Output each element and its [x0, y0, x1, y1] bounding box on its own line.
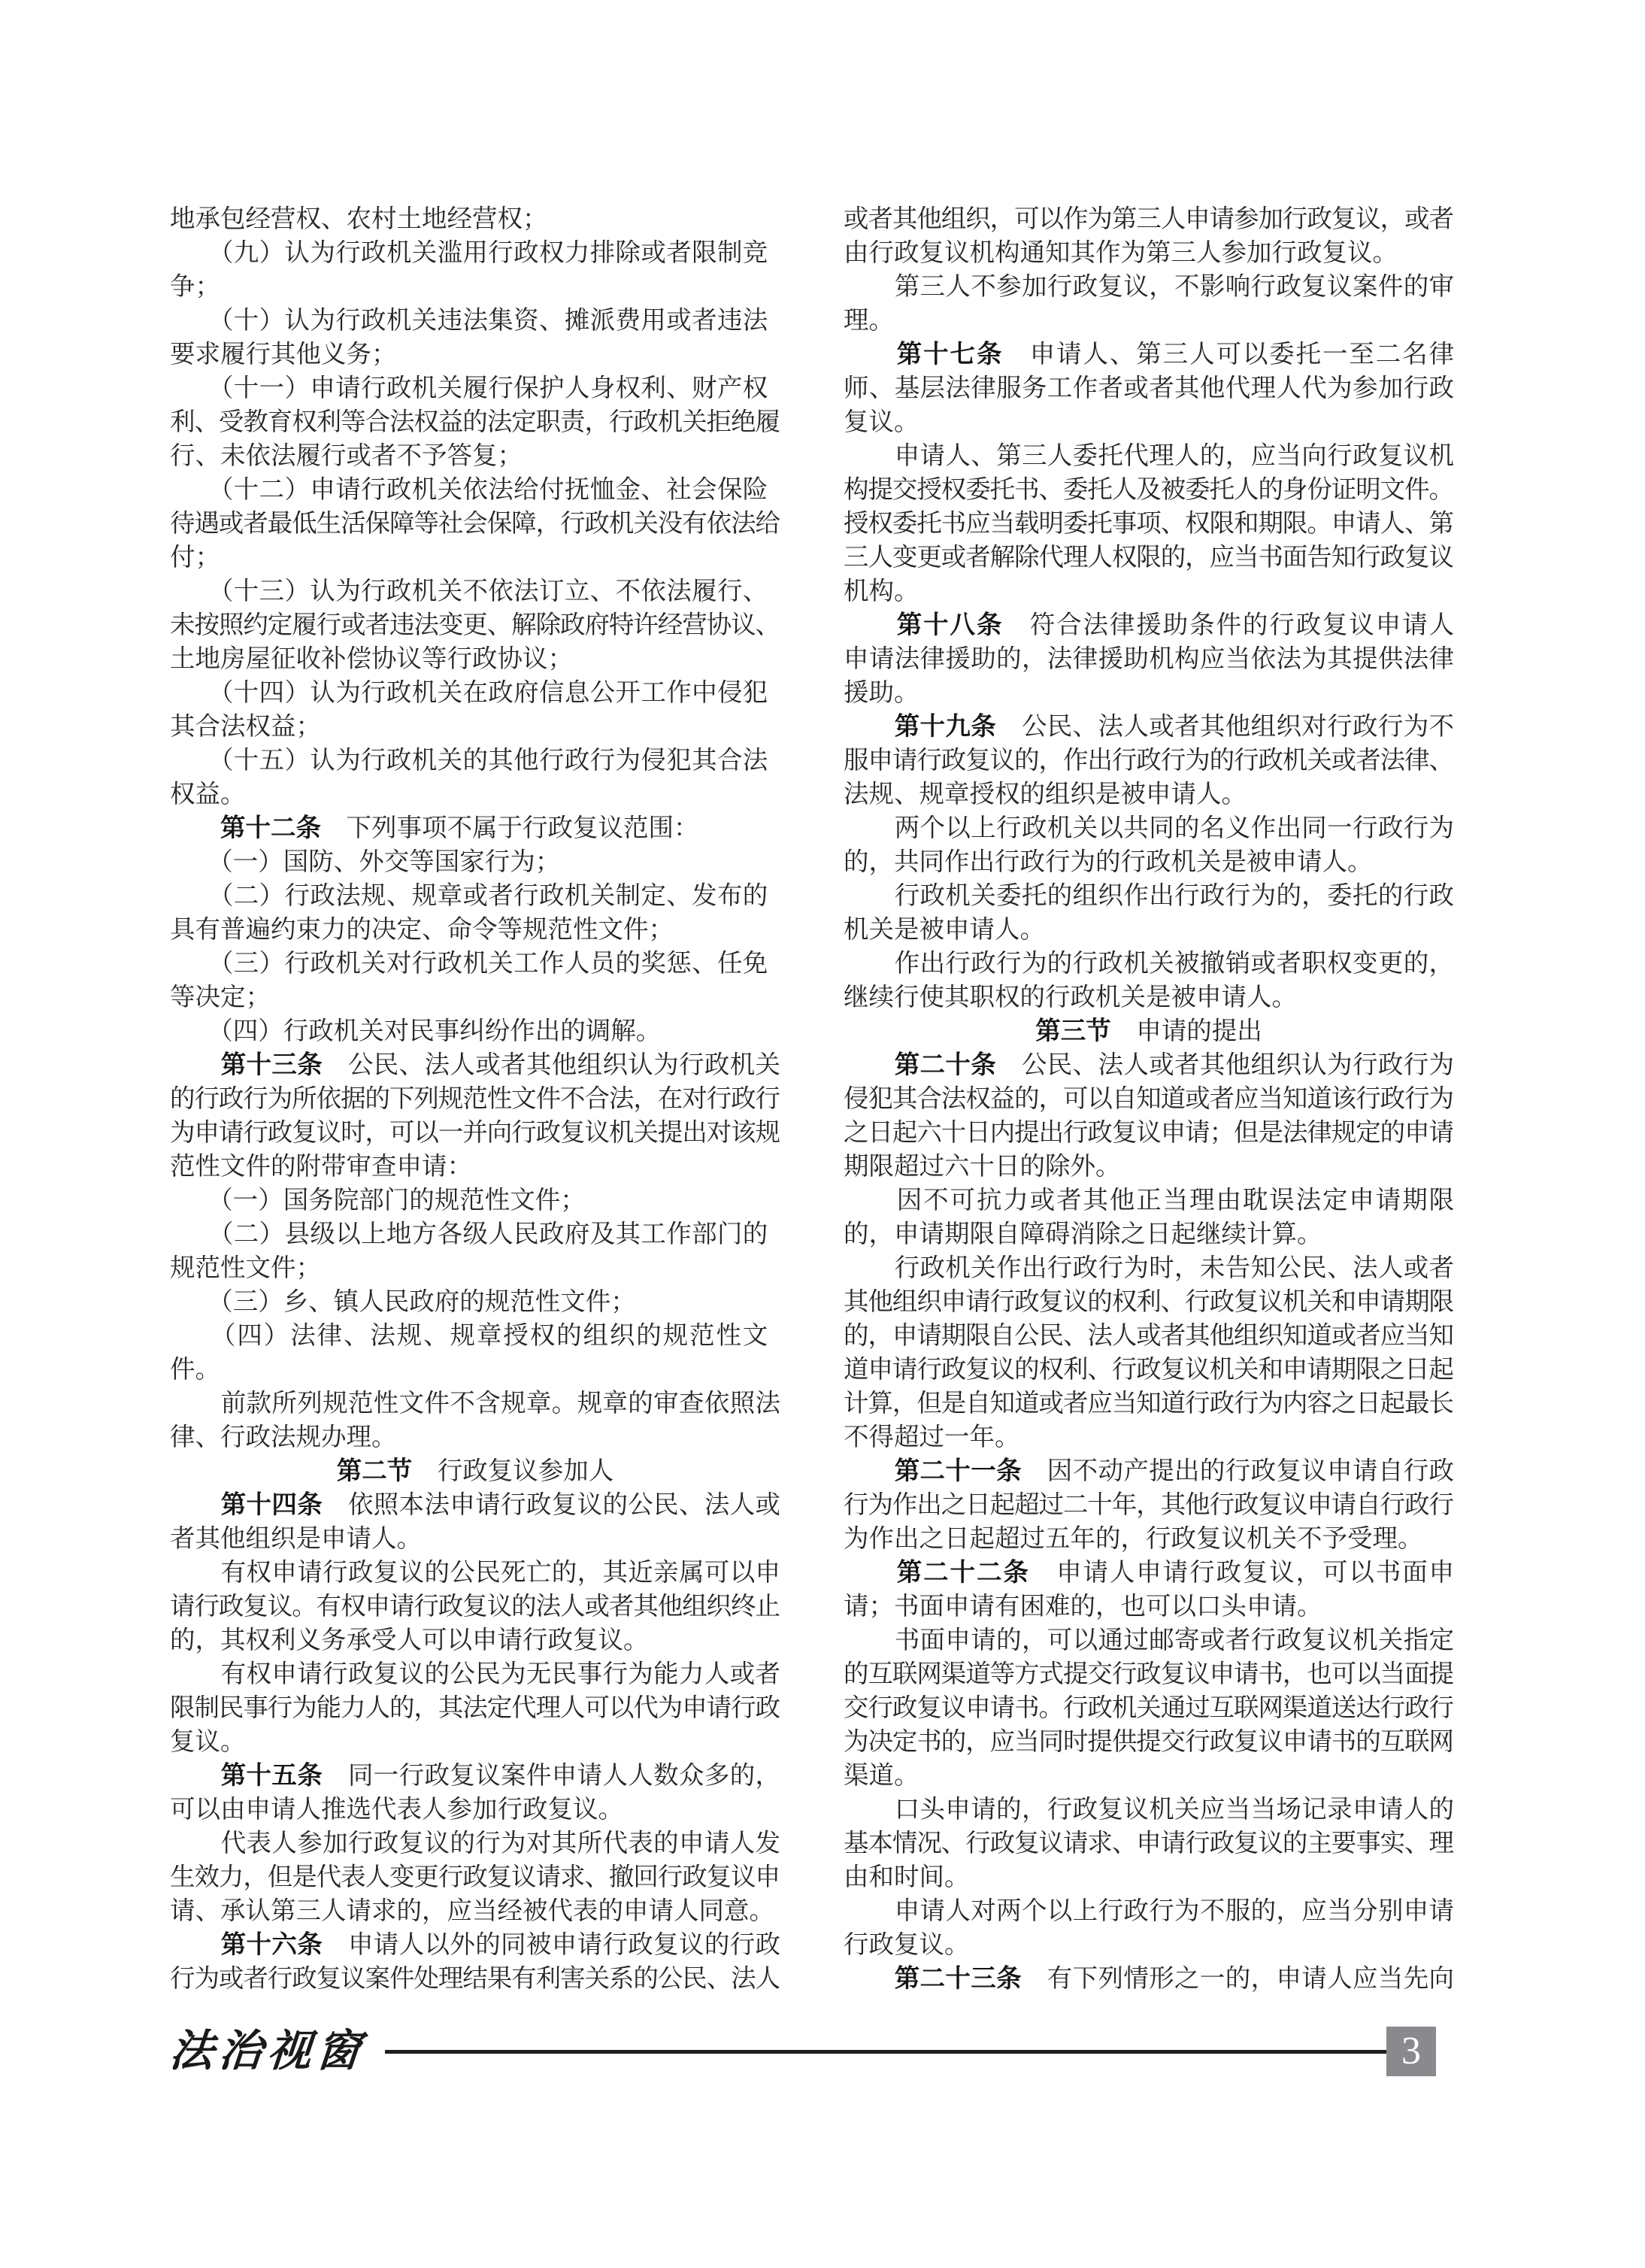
text-line: 基本情况、行政复议请求、申请行政复议的主要事实、理 — [844, 1827, 1454, 1860]
article-text-line: 第二十二条 申请人申请行政复议，可以书面申 — [844, 1556, 1454, 1590]
page-number-badge: 3 — [1386, 2027, 1436, 2076]
text-line: 援助。 — [844, 676, 1454, 710]
text-line: 因不可抗力或者其他正当理由耽误法定申请期限 — [844, 1184, 1454, 1217]
text-line: 规范性文件； — [170, 1251, 780, 1285]
text-line: （一）国务院部门的规范性文件； — [170, 1184, 780, 1217]
line-text: 的，共同作出行政行为的行政机关是被申请人。 — [844, 848, 1373, 876]
line-text: 由和时间。 — [844, 1863, 970, 1891]
line-text: 期限超过六十日的除外。 — [844, 1153, 1121, 1181]
line-text: （九）认为行政机关滥用行政权力排除或者限制竞 — [170, 239, 768, 267]
line-text: 同一行政复议案件申请人人数众多的， — [323, 1762, 780, 1790]
line-text: 公民、法人或者其他组织认为行政机关 — [323, 1051, 780, 1079]
line-text: （一）国务院部门的规范性文件； — [170, 1187, 586, 1214]
line-text: 书面申请的，可以通过邮寄或者行政复议机关指定 — [844, 1627, 1454, 1654]
line-text: 代表人参加行政复议的行为对其所代表的申请人发 — [170, 1830, 780, 1857]
text-line: （三）乡、镇人民政府的规范性文件； — [170, 1285, 780, 1319]
line-text: 继续行使其职权的行政机关是被申请人。 — [844, 984, 1297, 1011]
text-line: 请、承认第三人请求的，应当经被代表的申请人同意。 — [170, 1894, 780, 1928]
article-text-line: 第十六条 申请人以外的同被申请行政复议的行政 — [170, 1928, 780, 1962]
text-line: 机关是被申请人。 — [844, 913, 1454, 947]
line-text: 有权申请行政复议的公民为无民事行为能力人或者 — [170, 1660, 780, 1688]
text-line: 授权委托书应当载明委托事项、权限和期限。申请人、第 — [844, 507, 1454, 541]
page-number: 3 — [1401, 2032, 1421, 2071]
line-text: 件。 — [170, 1356, 220, 1384]
line-text: 的行政行为所依据的下列规范性文件不合法，在对行政行 — [170, 1085, 780, 1113]
line-text: 为决定书的，应当同时提供提交行政复议申请书的互联网 — [844, 1728, 1453, 1756]
text-line: 的互联网渠道等方式提交行政复议申请书，也可以当面提 — [844, 1657, 1454, 1691]
article-number-label: 第十三条 — [170, 1051, 323, 1079]
line-text: （一）国防、外交等国家行为； — [170, 848, 560, 876]
text-line: 复议。 — [844, 405, 1454, 439]
text-line: （四）行政机关对民事纠纷作出的调解。 — [170, 1014, 780, 1048]
line-text: （十一）申请行政机关履行保护人身权利、财产权 — [170, 374, 768, 402]
footer-rule — [385, 2050, 1386, 2054]
article-text-line: 第十七条 申请人、第三人可以委托一至二名律 — [844, 338, 1454, 371]
article-text-line: 第十三条 公民、法人或者其他组织认为行政机关 — [170, 1048, 780, 1082]
article-number-label: 第二十二条 — [844, 1559, 1030, 1587]
text-line: 的，申请期限自障碍消除之日起继续计算。 — [844, 1217, 1454, 1251]
line-text: 为申请行政复议时，可以一并向行政复议机关提出对该规 — [170, 1119, 780, 1147]
section-heading-line: 第三节 申请的提出 — [844, 1014, 1454, 1048]
section-number-label: 第三节 — [1035, 1017, 1111, 1045]
line-text: （十二）申请行政机关依法给付抚恤金、社会保险 — [170, 476, 768, 504]
article-number-label: 第十七条 — [844, 341, 1003, 368]
left-text-column: 地承包经营权、农村土地经营权； （九）认为行政机关滥用行政权力排除或者限制竞争；… — [170, 202, 780, 1996]
text-line: 未按照约定履行或者违法变更、解除政府特许经营协议、 — [170, 608, 780, 642]
line-text: 因不可抗力或者其他正当理由耽误法定申请期限 — [844, 1187, 1456, 1214]
text-line: 为申请行政复议时，可以一并向行政复议机关提出对该规 — [170, 1116, 780, 1150]
text-line: 可以由申请人推选代表人参加行政复议。 — [170, 1793, 780, 1827]
article-text-line: 第二十三条 有下列情形之一的，申请人应当先向 — [844, 1962, 1454, 1996]
line-text: 之日起六十日内提出行政复议申请；但是法律规定的申请 — [844, 1119, 1453, 1147]
line-text: （二）县级以上地方各级人民政府及其工作部门的 — [170, 1220, 768, 1248]
line-text: 或者其他组织，可以作为第三人申请参加行政复议，或者 — [844, 205, 1453, 233]
text-line: 前款所列规范性文件不含规章。规章的审查依照法 — [170, 1387, 780, 1421]
text-line: 由和时间。 — [844, 1860, 1454, 1894]
document-page: 地承包经营权、农村土地经营权； （九）认为行政机关滥用行政权力排除或者限制竞争；… — [0, 0, 1645, 2268]
text-line: （十四）认为行政机关在政府信息公开工作中侵犯 — [170, 676, 780, 710]
line-text: 理。 — [844, 307, 894, 335]
text-line: 法规、规章授权的组织是被申请人。 — [844, 778, 1454, 811]
article-number-label: 第十二条 — [170, 814, 321, 842]
text-line: 有权申请行政复议的公民为无民事行为能力人或者 — [170, 1657, 780, 1691]
line-text: 申请人申请行政复议，可以书面申 — [1030, 1559, 1456, 1587]
line-text: 的，申请期限自公民、法人或者其他组织知道或者应当知 — [844, 1322, 1453, 1350]
text-line: 利、受教育权利等合法权益的法定职责，行政机关拒绝履 — [170, 405, 780, 439]
text-line: 有权申请行政复议的公民死亡的，其近亲属可以申 — [170, 1556, 780, 1590]
line-text: （十三）认为行政机关不依法订立、不依法履行、 — [170, 578, 768, 605]
text-line: 作出行政行为的行政机关被撤销或者职权变更的， — [844, 947, 1454, 981]
line-text: 付； — [170, 544, 220, 572]
line-text: 援助。 — [844, 679, 919, 707]
line-text: 不得超过一年。 — [844, 1424, 1020, 1451]
text-line: 生效力，但是代表人变更行政复议请求、撤回行政复议申 — [170, 1860, 780, 1894]
line-text: 具有普遍约束力的决定、命令等规范性文件； — [170, 916, 674, 944]
line-text: 公民、法人或者其他组织认为行政行为 — [996, 1051, 1454, 1079]
text-line: 行政复议。 — [844, 1928, 1454, 1962]
text-line: 不得超过一年。 — [844, 1421, 1454, 1454]
line-text: 争； — [170, 273, 220, 301]
text-line: 期限超过六十日的除外。 — [844, 1150, 1454, 1184]
text-line: 待遇或者最低生活保障等社会保障，行政机关没有依法给 — [170, 507, 780, 541]
line-text: 申请人以外的同被申请行政复议的行政 — [323, 1931, 780, 1959]
line-text: 计算，但是自知道或者应当知道行政行为内容之日起最长 — [844, 1390, 1453, 1417]
text-line: 服申请行政复议的，作出行政行为的行政机关或者法律、 — [844, 744, 1454, 778]
line-text: 复议。 — [170, 1728, 246, 1756]
text-line: 的，共同作出行政行为的行政机关是被申请人。 — [844, 845, 1454, 879]
text-line: 件。 — [170, 1353, 780, 1387]
line-text: 其合法权益； — [170, 713, 321, 741]
text-line: （十二）申请行政机关依法给付抚恤金、社会保险 — [170, 473, 780, 507]
article-number-label: 第十六条 — [170, 1931, 323, 1959]
text-line: 复议。 — [170, 1725, 780, 1759]
line-text: （十）认为行政机关违法集资、摊派费用或者违法 — [170, 307, 768, 335]
line-text: 行政机关作出行政行为时，未告知公民、法人或者 — [844, 1254, 1454, 1282]
text-line: 行政机关作出行政行为时，未告知公民、法人或者 — [844, 1251, 1454, 1285]
article-number-label: 第十八条 — [844, 611, 1003, 639]
article-text-line: 第二十一条 因不动产提出的行政复议申请自行政 — [844, 1454, 1454, 1488]
text-line: 渠道。 — [844, 1759, 1454, 1793]
line-text: 要求履行其他义务； — [170, 341, 397, 368]
text-line: 之日起六十日内提出行政复议申请；但是法律规定的申请 — [844, 1116, 1454, 1150]
line-text: （二）行政法规、规章或者行政机关制定、发布的 — [170, 882, 768, 910]
text-line: 机构。 — [844, 575, 1454, 608]
text-line: 的，其权利义务承受人可以申请行政复议。 — [170, 1624, 780, 1657]
article-number-label: 第二十三条 — [844, 1965, 1022, 1993]
text-line: 申请人对两个以上行政行为不服的，应当分别申请 — [844, 1894, 1454, 1928]
text-line: 土地房屋征收补偿协议等行政协议； — [170, 642, 780, 676]
text-line: （十三）认为行政机关不依法订立、不依法履行、 — [170, 575, 780, 608]
text-line: 行为作出之日起超过二十年，其他行政复议申请自行政行 — [844, 1488, 1454, 1522]
text-line: 计算，但是自知道或者应当知道行政行为内容之日起最长 — [844, 1387, 1454, 1421]
line-text: 律、行政法规办理。 — [170, 1424, 397, 1451]
text-line: 构提交授权委托书、委托人及被委托人的身份证明文件。 — [844, 473, 1454, 507]
text-line: 要求履行其他义务； — [170, 338, 780, 371]
article-text-line: 第十八条 符合法律援助条件的行政复议申请人 — [844, 608, 1454, 642]
line-text: 服申请行政复议的，作出行政行为的行政机关或者法律、 — [844, 747, 1453, 775]
text-line: 其他组织申请行政复议的权利、行政复议机关和申请期限 — [844, 1285, 1454, 1319]
text-line: 争； — [170, 270, 780, 304]
line-text: 申请的提出 — [1111, 1017, 1262, 1045]
line-text: 行政机关委托的组织作出行政行为的，委托的行政 — [844, 882, 1454, 910]
line-text: 待遇或者最低生活保障等社会保障，行政机关没有依法给 — [170, 510, 780, 538]
line-text: （十五）认为行政机关的其他行政行为侵犯其合法 — [170, 747, 768, 775]
text-line: （四）法律、法规、规章授权的组织的规范性文 — [170, 1319, 780, 1353]
line-text: （三）行政机关对行政机关工作人员的奖惩、任免 — [170, 950, 768, 978]
line-text: 的互联网渠道等方式提交行政复议申请书，也可以当面提 — [844, 1660, 1453, 1688]
line-text: 行政复议。 — [844, 1931, 970, 1959]
line-text: （四）行政机关对民事纠纷作出的调解。 — [170, 1017, 661, 1045]
text-line: 侵犯其合法权益的，可以自知道或者应当知道该行政行为 — [844, 1082, 1454, 1116]
article-text-line: 第十五条 同一行政复议案件申请人人数众多的， — [170, 1759, 780, 1793]
line-text: 请；书面申请有困难的，也可以口头申请。 — [844, 1593, 1322, 1621]
text-line: 口头申请的，行政复议机关应当当场记录申请人的 — [844, 1793, 1454, 1827]
line-text: 等决定； — [170, 984, 271, 1011]
line-text: 申请法律援助的，法律援助机构应当依法为其提供法律 — [844, 645, 1454, 673]
line-text: 下列事项不属于行政复议范围： — [321, 814, 699, 842]
line-text: （三）乡、镇人民政府的规范性文件； — [170, 1288, 636, 1316]
line-text: 行为或者行政复议案件处理结果有利害关系的公民、法人 — [170, 1965, 780, 1993]
text-line: 道申请行政复议的权利、行政复议机关和申请期限之日起 — [844, 1353, 1454, 1387]
line-text: 机关是被申请人。 — [844, 916, 1045, 944]
line-text: 申请人、第三人可以委托一至二名律 — [1003, 341, 1456, 368]
text-line: 代表人参加行政复议的行为对其所代表的申请人发 — [170, 1827, 780, 1860]
page-footer: 法治视窗 3 — [170, 2021, 1436, 2082]
line-text: 机构。 — [844, 578, 919, 605]
text-line: （二）行政法规、规章或者行政机关制定、发布的 — [170, 879, 780, 913]
text-line: 行、未依法履行或者不予答复； — [170, 439, 780, 473]
line-text: 两个以上行政机关以共同的名义作出同一行政行为 — [844, 814, 1454, 842]
text-line: 地承包经营权、农村土地经营权； — [170, 202, 780, 236]
line-text: 师、基层法律服务工作者或者其他代理人代为参加行政 — [844, 374, 1454, 402]
line-text: 法规、规章授权的组织是被申请人。 — [844, 781, 1247, 808]
text-line: 为决定书的，应当同时提供提交行政复议申请书的互联网 — [844, 1725, 1454, 1759]
line-text: 前款所列规范性文件不含规章。规章的审查依照法 — [170, 1390, 780, 1417]
text-line: 行为或者行政复议案件处理结果有利害关系的公民、法人 — [170, 1962, 780, 1996]
text-line: （一）国防、外交等国家行为； — [170, 845, 780, 879]
text-line: 申请法律援助的，法律援助机构应当依法为其提供法律 — [844, 642, 1454, 676]
text-line: 等决定； — [170, 981, 780, 1014]
text-line: 具有普遍约束力的决定、命令等规范性文件； — [170, 913, 780, 947]
article-text-line: 第十二条 下列事项不属于行政复议范围： — [170, 811, 780, 845]
line-text: 渠道。 — [844, 1762, 919, 1790]
text-line: （三）行政机关对行政机关工作人员的奖惩、任免 — [170, 947, 780, 981]
text-line: （九）认为行政机关滥用行政权力排除或者限制竞 — [170, 236, 780, 270]
text-line: 继续行使其职权的行政机关是被申请人。 — [844, 981, 1454, 1014]
text-line: 理。 — [844, 304, 1454, 338]
line-text: 申请人对两个以上行政行为不服的，应当分别申请 — [844, 1897, 1454, 1925]
right-text-column: 或者其他组织，可以作为第三人申请参加行政复议，或者由行政复议机构通知其作为第三人… — [844, 202, 1454, 1996]
line-text: 行政复议参加人 — [412, 1457, 613, 1485]
line-text: 生效力，但是代表人变更行政复议请求、撤回行政复议申 — [170, 1863, 780, 1891]
line-text: 行为作出之日起超过二十年，其他行政复议申请自行政行 — [844, 1491, 1453, 1519]
line-text: 因不动产提出的行政复议申请自行政 — [1022, 1457, 1454, 1485]
text-line: 的，申请期限自公民、法人或者其他组织知道或者应当知 — [844, 1319, 1454, 1353]
line-text: 未按照约定履行或者违法变更、解除政府特许经营协议、 — [170, 611, 780, 639]
line-text: 第三人不参加行政复议，不影响行政复议案件的审 — [844, 273, 1454, 301]
article-text-line: 第十九条 公民、法人或者其他组织对行政行为不 — [844, 710, 1454, 744]
line-text: 构提交授权委托书、委托人及被委托人的身份证明文件。 — [844, 476, 1453, 504]
line-text: 由行政复议机构通知其作为第三人参加行政复议。 — [844, 239, 1398, 267]
line-text: 的，申请期限自障碍消除之日起继续计算。 — [844, 1220, 1322, 1248]
line-text: 请、承认第三人请求的，应当经被代表的申请人同意。 — [170, 1897, 774, 1925]
line-text: 授权委托书应当载明委托事项、权限和期限。申请人、第 — [844, 510, 1453, 538]
text-line: 的行政行为所依据的下列规范性文件不合法，在对行政行 — [170, 1082, 780, 1116]
article-number-label: 第十九条 — [844, 713, 996, 741]
text-line: 第三人不参加行政复议，不影响行政复议案件的审 — [844, 270, 1454, 304]
article-text-line: 第二十条 公民、法人或者其他组织认为行政行为 — [844, 1048, 1454, 1082]
text-line: 或者其他组织，可以作为第三人申请参加行政复议，或者 — [844, 202, 1454, 236]
text-line: 交行政复议申请书。行政机关通过互联网渠道送达行政行 — [844, 1691, 1454, 1725]
line-text: 的，其权利义务承受人可以申请行政复议。 — [170, 1627, 649, 1654]
line-text: 行、未依法履行或者不予答复； — [170, 442, 523, 470]
text-line: 行政机关委托的组织作出行政行为的，委托的行政 — [844, 879, 1454, 913]
line-text: 公民、法人或者其他组织对行政行为不 — [996, 713, 1454, 741]
line-text: 权益。 — [170, 781, 246, 808]
text-line: （二）县级以上地方各级人民政府及其工作部门的 — [170, 1217, 780, 1251]
line-text: 依照本法申请行政复议的公民、法人或 — [323, 1491, 780, 1519]
text-line: （十）认为行政机关违法集资、摊派费用或者违法 — [170, 304, 780, 338]
line-text: 范性文件的附带审查申请： — [170, 1153, 472, 1181]
section-number-label: 第二节 — [337, 1457, 413, 1485]
line-text: 其他组织申请行政复议的权利、行政复议机关和申请期限 — [844, 1288, 1453, 1316]
text-line: 为作出之日起超过五年的，行政复议机关不予受理。 — [844, 1522, 1454, 1556]
line-text: 地承包经营权、农村土地经营权； — [170, 205, 548, 233]
article-number-label: 第二十一条 — [844, 1457, 1022, 1485]
line-text: 土地房屋征收补偿协议等行政协议； — [170, 645, 573, 673]
text-line: 两个以上行政机关以共同的名义作出同一行政行为 — [844, 811, 1454, 845]
line-text: 可以由申请人推选代表人参加行政复议。 — [170, 1796, 623, 1824]
line-text: 道申请行政复议的权利、行政复议机关和申请期限之日起 — [844, 1356, 1453, 1384]
line-text: 有权申请行政复议的公民死亡的，其近亲属可以申 — [170, 1559, 780, 1587]
text-line: （十一）申请行政机关履行保护人身权利、财产权 — [170, 371, 780, 405]
text-line: 书面申请的，可以通过邮寄或者行政复议机关指定 — [844, 1624, 1454, 1657]
line-text: 作出行政行为的行政机关被撤销或者职权变更的， — [844, 950, 1454, 978]
line-text: 者其他组织是申请人。 — [170, 1525, 422, 1553]
text-line: 者其他组织是申请人。 — [170, 1522, 780, 1556]
text-line: 师、基层法律服务工作者或者其他代理人代为参加行政 — [844, 371, 1454, 405]
line-text: 符合法律援助条件的行政复议申请人 — [1003, 611, 1456, 639]
line-text: 侵犯其合法权益的，可以自知道或者应当知道该行政行为 — [844, 1085, 1453, 1113]
text-line: 请；书面申请有困难的，也可以口头申请。 — [844, 1590, 1454, 1624]
line-text: 复议。 — [844, 408, 919, 436]
text-line: 申请人、第三人委托代理人的，应当向行政复议机 — [844, 439, 1454, 473]
section-heading-line: 第二节 行政复议参加人 — [170, 1454, 780, 1488]
line-text: 申请人、第三人委托代理人的，应当向行政复议机 — [844, 442, 1454, 470]
line-text: 交行政复议申请书。行政机关通过互联网渠道送达行政行 — [844, 1694, 1453, 1722]
line-text: （十四）认为行政机关在政府信息公开工作中侵犯 — [170, 679, 768, 707]
text-line: 由行政复议机构通知其作为第三人参加行政复议。 — [844, 236, 1454, 270]
text-line: （十五）认为行政机关的其他行政行为侵犯其合法 — [170, 744, 780, 778]
line-text: 口头申请的，行政复议机关应当当场记录申请人的 — [844, 1796, 1454, 1824]
line-text: 规范性文件； — [170, 1254, 321, 1282]
text-line: 付； — [170, 541, 780, 575]
line-text: 请行政复议。有权申请行政复议的法人或者其他组织终止 — [170, 1593, 780, 1621]
article-text-line: 第十四条 依照本法申请行政复议的公民、法人或 — [170, 1488, 780, 1522]
text-line: 范性文件的附带审查申请： — [170, 1150, 780, 1184]
text-line: 三人变更或者解除代理人权限的，应当书面告知行政复议 — [844, 541, 1454, 575]
brand-logo: 法治视窗 — [168, 2030, 367, 2073]
line-text: 有下列情形之一的，申请人应当先向 — [1022, 1965, 1454, 1993]
line-text: （四）法律、法规、规章授权的组织的规范性文 — [170, 1322, 769, 1350]
line-text: 三人变更或者解除代理人权限的，应当书面告知行政复议 — [844, 544, 1453, 572]
text-line: 律、行政法规办理。 — [170, 1421, 780, 1454]
line-text: 限制民事行为能力人的，其法定代理人可以代为申请行政 — [170, 1694, 780, 1722]
text-line: 限制民事行为能力人的，其法定代理人可以代为申请行政 — [170, 1691, 780, 1725]
text-line: 其合法权益； — [170, 710, 780, 744]
line-text: 为作出之日起超过五年的，行政复议机关不予受理。 — [844, 1525, 1423, 1553]
line-text: 基本情况、行政复议请求、申请行政复议的主要事实、理 — [844, 1830, 1453, 1857]
text-line: 权益。 — [170, 778, 780, 811]
article-number-label: 第二十条 — [844, 1051, 996, 1079]
text-line: 请行政复议。有权申请行政复议的法人或者其他组织终止 — [170, 1590, 780, 1624]
article-number-label: 第十四条 — [170, 1491, 323, 1519]
article-number-label: 第十五条 — [170, 1762, 323, 1790]
line-text: 利、受教育权利等合法权益的法定职责，行政机关拒绝履 — [170, 408, 780, 436]
